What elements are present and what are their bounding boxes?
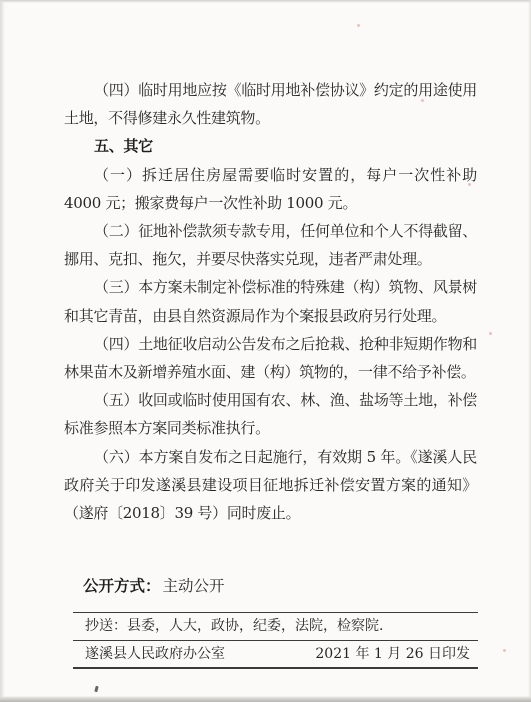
scan-speck xyxy=(468,183,471,186)
document-body: （四）临时用地应按《临时用地补偿协议》约定的用途使用土地，不得修建永久性建筑物。… xyxy=(64,76,477,527)
body-paragraph: （六）本方案自发布之日起施行，有效期 5 年。《遂溪人民政府关于印发遂溪县建设项… xyxy=(64,443,477,528)
scan-edge-bottom xyxy=(0,696,531,702)
body-paragraph: （四）土地征收启动公告发布之后抢栽、抢种非短期作物和林果苗木及新增养殖水面、建（… xyxy=(64,330,477,386)
issuing-office: 遂溪县人民政府办公室 xyxy=(85,641,225,668)
body-paragraph: （二）征地补偿款须专款专用，任何单位和个人不得截留、挪用、克扣、拖欠，并要尽快落… xyxy=(64,217,477,273)
issue-line: 遂溪县人民政府办公室 2021 年 1 月 26 日印发 xyxy=(73,641,478,668)
scan-speck xyxy=(357,24,360,27)
scanned-document-page: （四）临时用地应按《临时用地补偿协议》约定的用途使用土地，不得修建永久性建筑物。… xyxy=(0,0,531,702)
footer-block: 抄送：县委，人大，政协，纪委，法院，检察院. 遂溪县人民政府办公室 2021 年… xyxy=(73,612,478,669)
scan-speck xyxy=(421,99,424,102)
cc-value: 县委，人大，政协，纪委，法院，检察院. xyxy=(127,618,383,634)
body-paragraph: （五）收回或临时使用国有农、林、渔、盐场等土地，补偿标准参照本方案同类标准执行。 xyxy=(64,386,477,442)
disclosure-line: 公开方式：主动公开 xyxy=(83,575,225,597)
scan-speck xyxy=(489,332,492,335)
print-date: 2021 年 1 月 26 日印发 xyxy=(315,641,470,668)
cc-line: 抄送：县委，人大，政协，纪委，法院，检察院. xyxy=(73,613,478,640)
scan-edge-top xyxy=(0,0,531,3)
body-paragraph: （一）拆迁居住房屋需要临时安置的，每户一次性补助 4000 元；搬家费每户一次性… xyxy=(64,161,477,217)
scan-speck xyxy=(503,649,506,652)
separator-rule-bottom xyxy=(73,667,478,669)
body-paragraph: （三）本方案未制定补偿标准的特殊建（构）筑物、风景树和其它青苗，由县自然资源局作… xyxy=(64,273,477,329)
scan-edge-left xyxy=(0,0,5,702)
cc-label: 抄送： xyxy=(85,618,127,634)
disclosure-method-value: 主动公开 xyxy=(163,577,225,595)
section-heading: 五、其它 xyxy=(64,132,477,160)
disclosure-method-label: 公开方式： xyxy=(83,576,161,595)
scan-mark xyxy=(94,686,98,693)
body-paragraph: （四）临时用地应按《临时用地补偿协议》约定的用途使用土地，不得修建永久性建筑物。 xyxy=(64,76,477,132)
